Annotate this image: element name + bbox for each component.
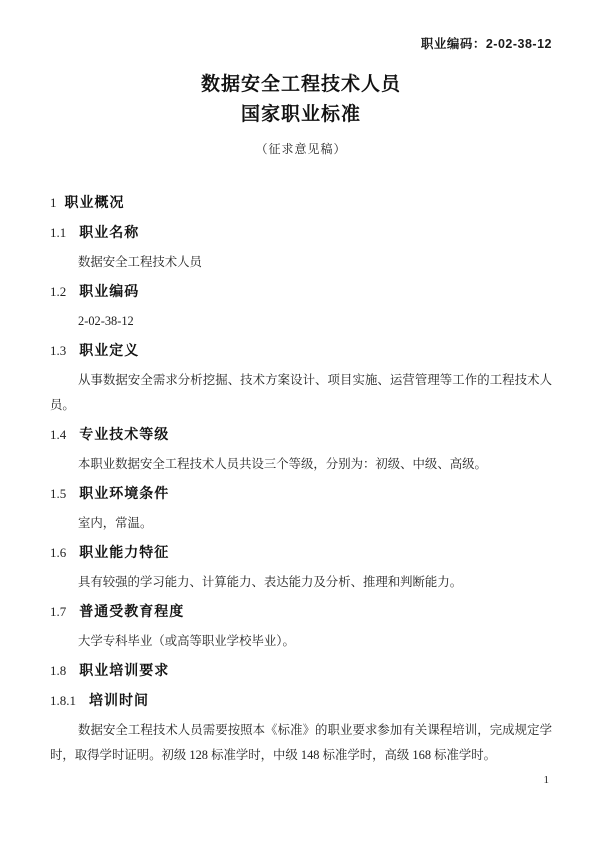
document-title-line2: 国家职业标准 — [50, 100, 552, 130]
section-body-1-7: 大学专科毕业（或高等职业学校毕业）。 — [50, 629, 552, 654]
section-number: 1.7 — [50, 604, 66, 619]
section-heading-1-8-1: 1.8.1培训时间 — [50, 688, 552, 714]
document-page: 职业编码：2-02-38-12 数据安全工程技术人员 国家职业标准 （征求意见稿… — [0, 0, 600, 848]
section-heading-1-5: 1.5职业环境条件 — [50, 481, 552, 507]
occupation-code-header: 职业编码：2-02-38-12 — [50, 0, 552, 57]
section-number: 1.1 — [50, 225, 66, 240]
section-number: 1.3 — [50, 343, 66, 358]
section-body-1-2: 2-02-38-12 — [50, 309, 552, 334]
section-number: 1.4 — [50, 427, 66, 442]
section-number: 1.8.1 — [50, 693, 76, 708]
section-body-1-8-1: 数据安全工程技术人员需要按照本《标准》的职业要求参加有关课程培训，完成规定学时，… — [50, 718, 552, 768]
section-number: 1.2 — [50, 284, 66, 299]
section-heading-text: 职业环境条件 — [79, 485, 169, 501]
page-number: 1 — [544, 772, 550, 788]
section-body-1-6: 具有较强的学习能力、计算能力、表达能力及分析、推理和判断能力。 — [50, 570, 552, 595]
section-heading-1-7: 1.7普通受教育程度 — [50, 599, 552, 625]
section-body-1-3: 从事数据安全需求分析挖掘、技术方案设计、项目实施、运营管理等工作的工程技术人员。 — [50, 368, 552, 418]
section-heading-1-6: 1.6职业能力特征 — [50, 540, 552, 566]
section-heading-text: 职业编码 — [79, 283, 139, 299]
document-title-line1: 数据安全工程技术人员 — [50, 70, 552, 100]
section-heading-text: 职业概况 — [65, 194, 125, 210]
section-heading-text: 职业名称 — [79, 224, 139, 240]
section-body-1-4: 本职业数据安全工程技术人员共设三个等级，分别为：初级、中级、高级。 — [50, 452, 552, 477]
draft-note: （征求意见稿） — [50, 137, 552, 162]
section-heading-text: 普通受教育程度 — [79, 603, 184, 619]
section-heading-text: 职业定义 — [79, 342, 139, 358]
section-heading-1-4: 1.4专业技术等级 — [50, 422, 552, 448]
section-heading-text: 专业技术等级 — [79, 426, 169, 442]
section-body-1-5: 室内，常温。 — [50, 511, 552, 536]
section-number: 1.8 — [50, 663, 66, 678]
section-heading-text: 职业能力特征 — [79, 544, 169, 560]
section-heading-1-1: 1.1职业名称 — [50, 220, 552, 246]
section-heading-1: 1职业概况 — [50, 190, 552, 216]
section-body-1-1: 数据安全工程技术人员 — [50, 250, 552, 275]
section-number: 1 — [50, 195, 57, 210]
section-heading-text: 培训时间 — [89, 692, 149, 708]
section-heading-text: 职业培训要求 — [79, 662, 169, 678]
section-heading-1-2: 1.2职业编码 — [50, 279, 552, 305]
section-heading-1-8: 1.8职业培训要求 — [50, 658, 552, 684]
section-heading-1-3: 1.3职业定义 — [50, 338, 552, 364]
section-number: 1.6 — [50, 545, 66, 560]
section-number: 1.5 — [50, 486, 66, 501]
